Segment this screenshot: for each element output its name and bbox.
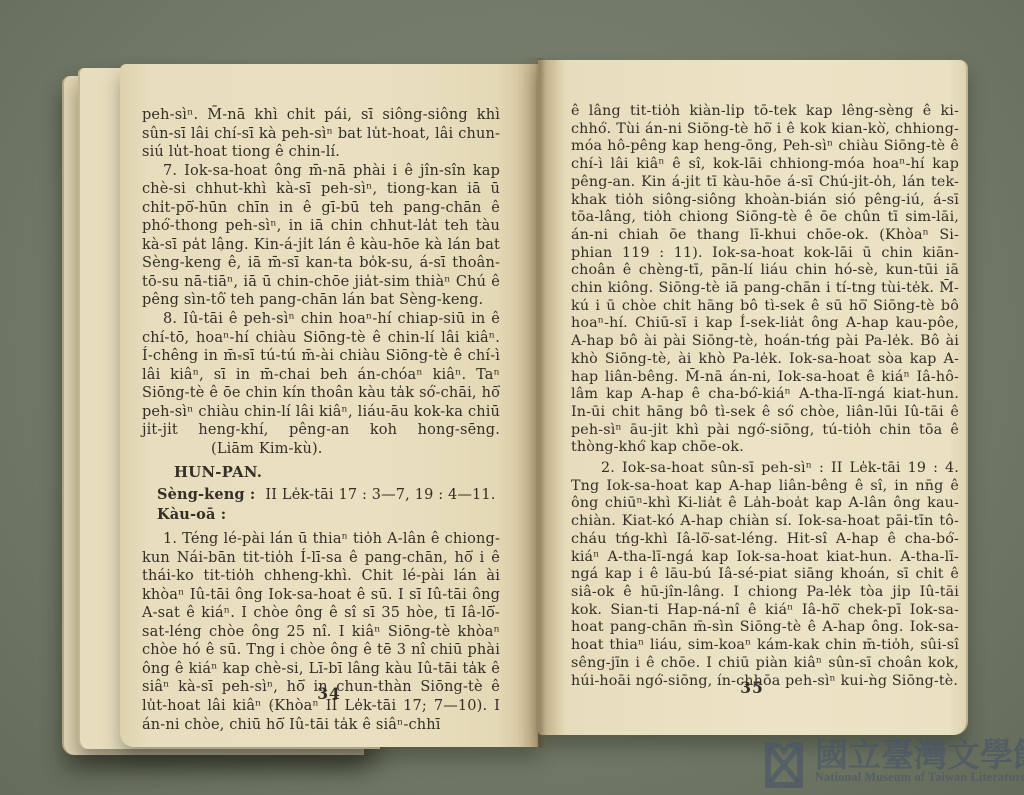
foxing-spot <box>238 356 242 360</box>
paragraph-2: 2. Iok-sa-hoat sûn-sī peh-sìⁿ : II Le̍k-… <box>571 460 959 690</box>
paragraph-7: 7. Iok-sa-hoat ông m̄-nā phài i ê jîn-sî… <box>142 162 500 310</box>
open-book: peh-sìⁿ. M̄-nā khì chi̍t pái, sī siông-s… <box>62 58 965 757</box>
scripture-reference: II Le̍k-tāi 17 : 3—7, 19 : 4—11. <box>265 487 495 503</box>
nmtl-logo-icon <box>763 740 805 790</box>
paragraph-8-text: 8. Iû-tāi ê peh-sìⁿ chin hoaⁿ-hí chiap-s… <box>142 311 500 438</box>
page-number-right: 35 <box>538 678 966 697</box>
foxing-spot <box>269 704 273 707</box>
paragraph-1: 1. Téng lé-pài lán ū thiaⁿ tio̍h A-lân ê… <box>142 530 500 734</box>
memory-verse-note: (Liām Kim-kù). <box>190 440 323 459</box>
continuation-paragraph: ê lâng tit-tio̍h kiàn-li̍p tō-tek kap lê… <box>571 103 959 457</box>
nmtl-watermark: 國立臺灣文學館 National Museum of Taiwan Litera… <box>760 731 1022 795</box>
left-text-column: peh-sìⁿ. M̄-nā khì chi̍t pái, sī siông-s… <box>142 106 500 734</box>
watermark-title-english: National Museum of Taiwan Literature <box>815 770 1022 785</box>
page-number-left: 34 <box>120 684 538 703</box>
subsection-label: Kàu-oā : <box>157 506 500 525</box>
foxing-spot <box>220 248 223 251</box>
book-page-right: ê lâng tit-tio̍h kiàn-li̍p tō-tek kap lê… <box>538 60 968 735</box>
section-heading: HUN-PAN. <box>174 464 500 483</box>
book-page-left: peh-sìⁿ. M̄-nā khì chi̍t pái, sī siông-s… <box>120 64 538 747</box>
scripture-line: Sèng-keng :II Le̍k-tāi 17 : 3—7, 19 : 4—… <box>157 486 500 505</box>
paragraph-8: 8. Iû-tāi ê peh-sìⁿ chin hoaⁿ-hí chiap-s… <box>142 310 500 458</box>
continuation-paragraph: peh-sìⁿ. M̄-nā khì chi̍t pái, sī siông-s… <box>142 106 500 162</box>
foxing-spot <box>253 536 256 539</box>
scripture-label: Sèng-keng : <box>157 486 255 503</box>
right-text-column: ê lâng tit-tio̍h kiàn-li̍p tō-tek kap lê… <box>571 103 959 690</box>
